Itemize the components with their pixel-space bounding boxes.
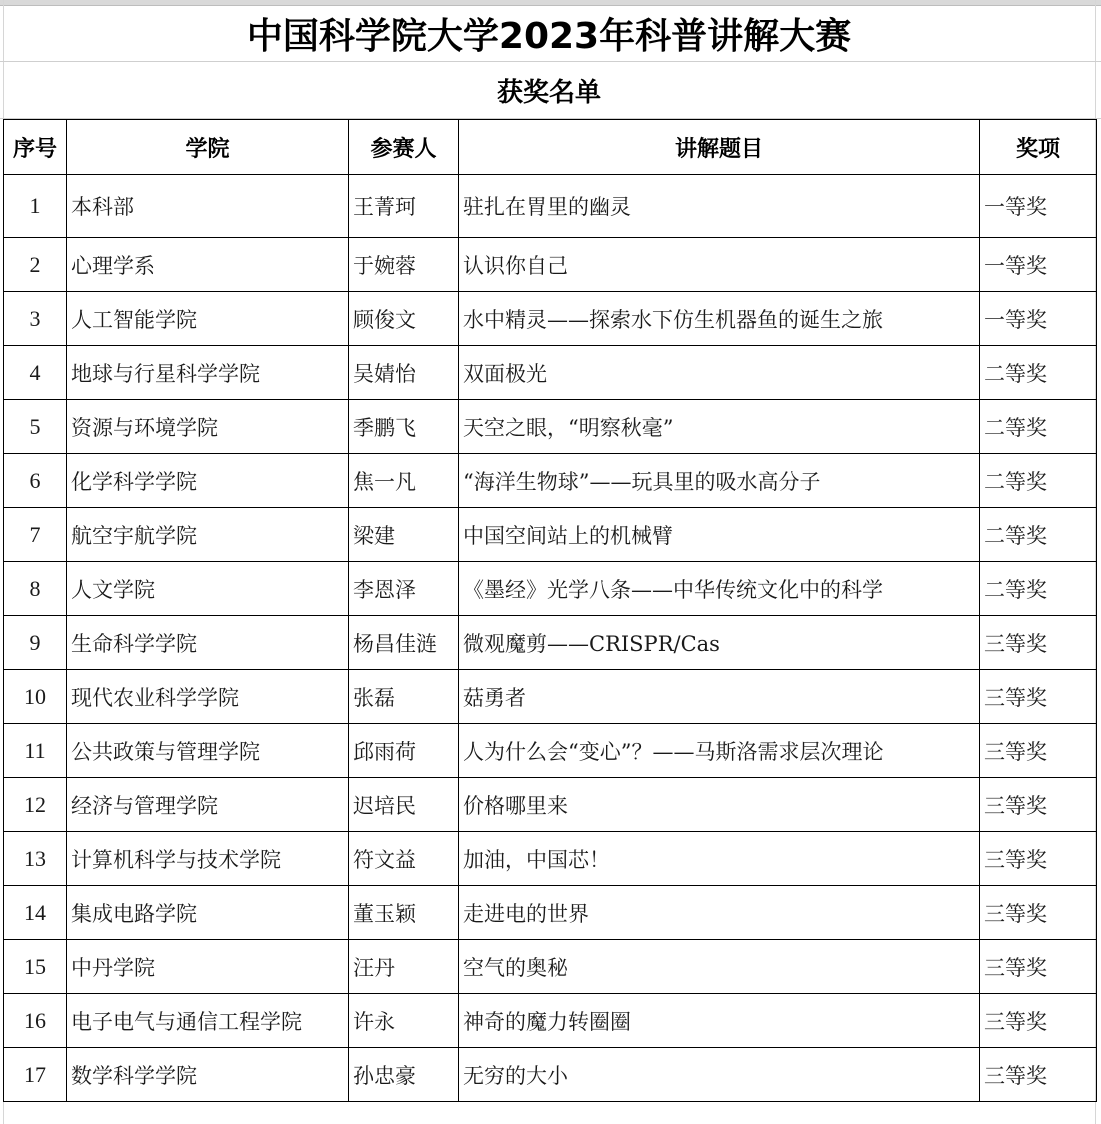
table-row: 14 集成电路学院 董玉颖 走进电的世界 三等奖: [4, 886, 1097, 940]
cell-school[interactable]: 经济与管理学院: [67, 778, 349, 832]
cell-topic[interactable]: 菇勇者: [459, 670, 980, 724]
cell-school[interactable]: 人工智能学院: [67, 292, 349, 346]
cell-topic[interactable]: 无穷的大小: [459, 1048, 980, 1102]
table-row: 9 生命科学学院 杨昌佳涟 微观魔剪——CRISPR/Cas 三等奖: [4, 616, 1097, 670]
cell-award[interactable]: 三等奖: [980, 616, 1097, 670]
table-row: 1 本科部 王菁珂 驻扎在胃里的幽灵 一等奖: [4, 175, 1097, 238]
table-row: 4 地球与行星科学学院 吴婧怡 双面极光 二等奖: [4, 346, 1097, 400]
cell-topic[interactable]: 走进电的世界: [459, 886, 980, 940]
cell-participant[interactable]: 吴婧怡: [349, 346, 459, 400]
cell-participant[interactable]: 于婉蓉: [349, 238, 459, 292]
cell-award[interactable]: 二等奖: [980, 454, 1097, 508]
table-row: 10 现代农业科学学院 张磊 菇勇者 三等奖: [4, 670, 1097, 724]
cell-participant[interactable]: 顾俊文: [349, 292, 459, 346]
cell-no[interactable]: 8: [4, 562, 67, 616]
cell-award[interactable]: 三等奖: [980, 670, 1097, 724]
cell-participant[interactable]: 汪丹: [349, 940, 459, 994]
cell-school[interactable]: 资源与环境学院: [67, 400, 349, 454]
cell-no[interactable]: 1: [4, 175, 67, 238]
cell-school[interactable]: 地球与行星科学学院: [67, 346, 349, 400]
cell-no[interactable]: 17: [4, 1048, 67, 1102]
cell-award[interactable]: 三等奖: [980, 832, 1097, 886]
cell-award[interactable]: 一等奖: [980, 238, 1097, 292]
table-row: 6 化学科学学院 焦一凡 “海洋生物球”——玩具里的吸水高分子 二等奖: [4, 454, 1097, 508]
table-row: 17 数学科学学院 孙忠豪 无穷的大小 三等奖: [4, 1048, 1097, 1102]
table-row: 12 经济与管理学院 迟培民 价格哪里来 三等奖: [4, 778, 1097, 832]
cell-participant[interactable]: 迟培民: [349, 778, 459, 832]
cell-no[interactable]: 13: [4, 832, 67, 886]
cell-no[interactable]: 11: [4, 724, 67, 778]
cell-school[interactable]: 本科部: [67, 175, 349, 238]
cell-no[interactable]: 7: [4, 508, 67, 562]
cell-participant[interactable]: 季鹏飞: [349, 400, 459, 454]
cell-no[interactable]: 10: [4, 670, 67, 724]
cell-no[interactable]: 6: [4, 454, 67, 508]
cell-award[interactable]: 三等奖: [980, 940, 1097, 994]
cell-topic[interactable]: 神奇的魔力转圈圈: [459, 994, 980, 1048]
cell-school[interactable]: 化学科学学院: [67, 454, 349, 508]
cell-award[interactable]: 三等奖: [980, 724, 1097, 778]
cell-participant[interactable]: 梁建: [349, 508, 459, 562]
cell-school[interactable]: 计算机科学与技术学院: [67, 832, 349, 886]
cell-topic[interactable]: 认识你自己: [459, 238, 980, 292]
cell-award[interactable]: 一等奖: [980, 292, 1097, 346]
column-header-topic[interactable]: 讲解题目: [459, 120, 980, 175]
cell-topic[interactable]: 驻扎在胃里的幽灵: [459, 175, 980, 238]
cell-school[interactable]: 现代农业科学学院: [67, 670, 349, 724]
cell-participant[interactable]: 焦一凡: [349, 454, 459, 508]
table-row: 5 资源与环境学院 季鹏飞 天空之眼，“明察秋毫” 二等奖: [4, 400, 1097, 454]
cell-participant[interactable]: 董玉颖: [349, 886, 459, 940]
cell-participant[interactable]: 杨昌佳涟: [349, 616, 459, 670]
cell-school[interactable]: 航空宇航学院: [67, 508, 349, 562]
cell-school[interactable]: 人文学院: [67, 562, 349, 616]
cell-topic[interactable]: 微观魔剪——CRISPR/Cas: [459, 616, 980, 670]
column-header-no[interactable]: 序号: [4, 120, 67, 175]
cell-topic[interactable]: 双面极光: [459, 346, 980, 400]
cell-award[interactable]: 二等奖: [980, 346, 1097, 400]
cell-topic[interactable]: “海洋生物球”——玩具里的吸水高分子: [459, 454, 980, 508]
cell-topic[interactable]: 水中精灵——探索水下仿生机器鱼的诞生之旅: [459, 292, 980, 346]
cell-no[interactable]: 9: [4, 616, 67, 670]
cell-topic[interactable]: 空气的奥秘: [459, 940, 980, 994]
column-header-award[interactable]: 奖项: [980, 120, 1097, 175]
cell-no[interactable]: 14: [4, 886, 67, 940]
cell-school[interactable]: 公共政策与管理学院: [67, 724, 349, 778]
cell-award[interactable]: 二等奖: [980, 400, 1097, 454]
table-row: 8 人文学院 李恩泽 《墨经》光学八条——中华传统文化中的科学 二等奖: [4, 562, 1097, 616]
cell-award[interactable]: 二等奖: [980, 508, 1097, 562]
cell-participant[interactable]: 李恩泽: [349, 562, 459, 616]
table-row: 3 人工智能学院 顾俊文 水中精灵——探索水下仿生机器鱼的诞生之旅 一等奖: [4, 292, 1097, 346]
cell-participant[interactable]: 王菁珂: [349, 175, 459, 238]
cell-award[interactable]: 一等奖: [980, 175, 1097, 238]
cell-topic[interactable]: 中国空间站上的机械臂: [459, 508, 980, 562]
cell-topic[interactable]: 人为什么会“变心”？——马斯洛需求层次理论: [459, 724, 980, 778]
cell-school[interactable]: 数学科学学院: [67, 1048, 349, 1102]
document-title: 中国科学院大学2023年科普讲解大赛: [3, 6, 1095, 61]
cell-topic[interactable]: 《墨经》光学八条——中华传统文化中的科学: [459, 562, 980, 616]
cell-no[interactable]: 4: [4, 346, 67, 400]
cell-award[interactable]: 三等奖: [980, 1048, 1097, 1102]
cell-no[interactable]: 2: [4, 238, 67, 292]
cell-topic[interactable]: 加油，中国芯！: [459, 832, 980, 886]
cell-school[interactable]: 集成电路学院: [67, 886, 349, 940]
table-row: 7 航空宇航学院 梁建 中国空间站上的机械臂 二等奖: [4, 508, 1097, 562]
cell-participant[interactable]: 张磊: [349, 670, 459, 724]
cell-award[interactable]: 三等奖: [980, 886, 1097, 940]
cell-participant[interactable]: 邱雨荷: [349, 724, 459, 778]
cell-no[interactable]: 15: [4, 940, 67, 994]
cell-award[interactable]: 三等奖: [980, 994, 1097, 1048]
cell-school[interactable]: 心理学系: [67, 238, 349, 292]
cell-participant[interactable]: 孙忠豪: [349, 1048, 459, 1102]
cell-topic[interactable]: 天空之眼，“明察秋毫”: [459, 400, 980, 454]
cell-no[interactable]: 3: [4, 292, 67, 346]
document-subtitle: 获奖名单: [3, 62, 1095, 118]
cell-topic[interactable]: 价格哪里来: [459, 778, 980, 832]
table-row: 11 公共政策与管理学院 邱雨荷 人为什么会“变心”？——马斯洛需求层次理论 三…: [4, 724, 1097, 778]
cell-no[interactable]: 5: [4, 400, 67, 454]
cell-school[interactable]: 电子电气与通信工程学院: [67, 994, 349, 1048]
cell-no[interactable]: 12: [4, 778, 67, 832]
award-table: 序号 学院 参赛人 讲解题目 奖项 1 本科部 王菁珂 驻扎在胃里的幽灵 一等奖…: [3, 119, 1097, 1102]
cell-school[interactable]: 中丹学院: [67, 940, 349, 994]
cell-participant[interactable]: 符文益: [349, 832, 459, 886]
cell-no[interactable]: 16: [4, 994, 67, 1048]
cell-participant[interactable]: 许永: [349, 994, 459, 1048]
table-row: 15 中丹学院 汪丹 空气的奥秘 三等奖: [4, 940, 1097, 994]
column-header-school[interactable]: 学院: [67, 120, 349, 175]
table-row: 2 心理学系 于婉蓉 认识你自己 一等奖: [4, 238, 1097, 292]
table-header-row: 序号 学院 参赛人 讲解题目 奖项: [4, 120, 1097, 175]
column-header-participant[interactable]: 参赛人: [349, 120, 459, 175]
cell-award[interactable]: 二等奖: [980, 562, 1097, 616]
table-row: 16 电子电气与通信工程学院 许永 神奇的魔力转圈圈 三等奖: [4, 994, 1097, 1048]
cell-award[interactable]: 三等奖: [980, 778, 1097, 832]
cell-school[interactable]: 生命科学学院: [67, 616, 349, 670]
table-row: 13 计算机科学与技术学院 符文益 加油，中国芯！ 三等奖: [4, 832, 1097, 886]
